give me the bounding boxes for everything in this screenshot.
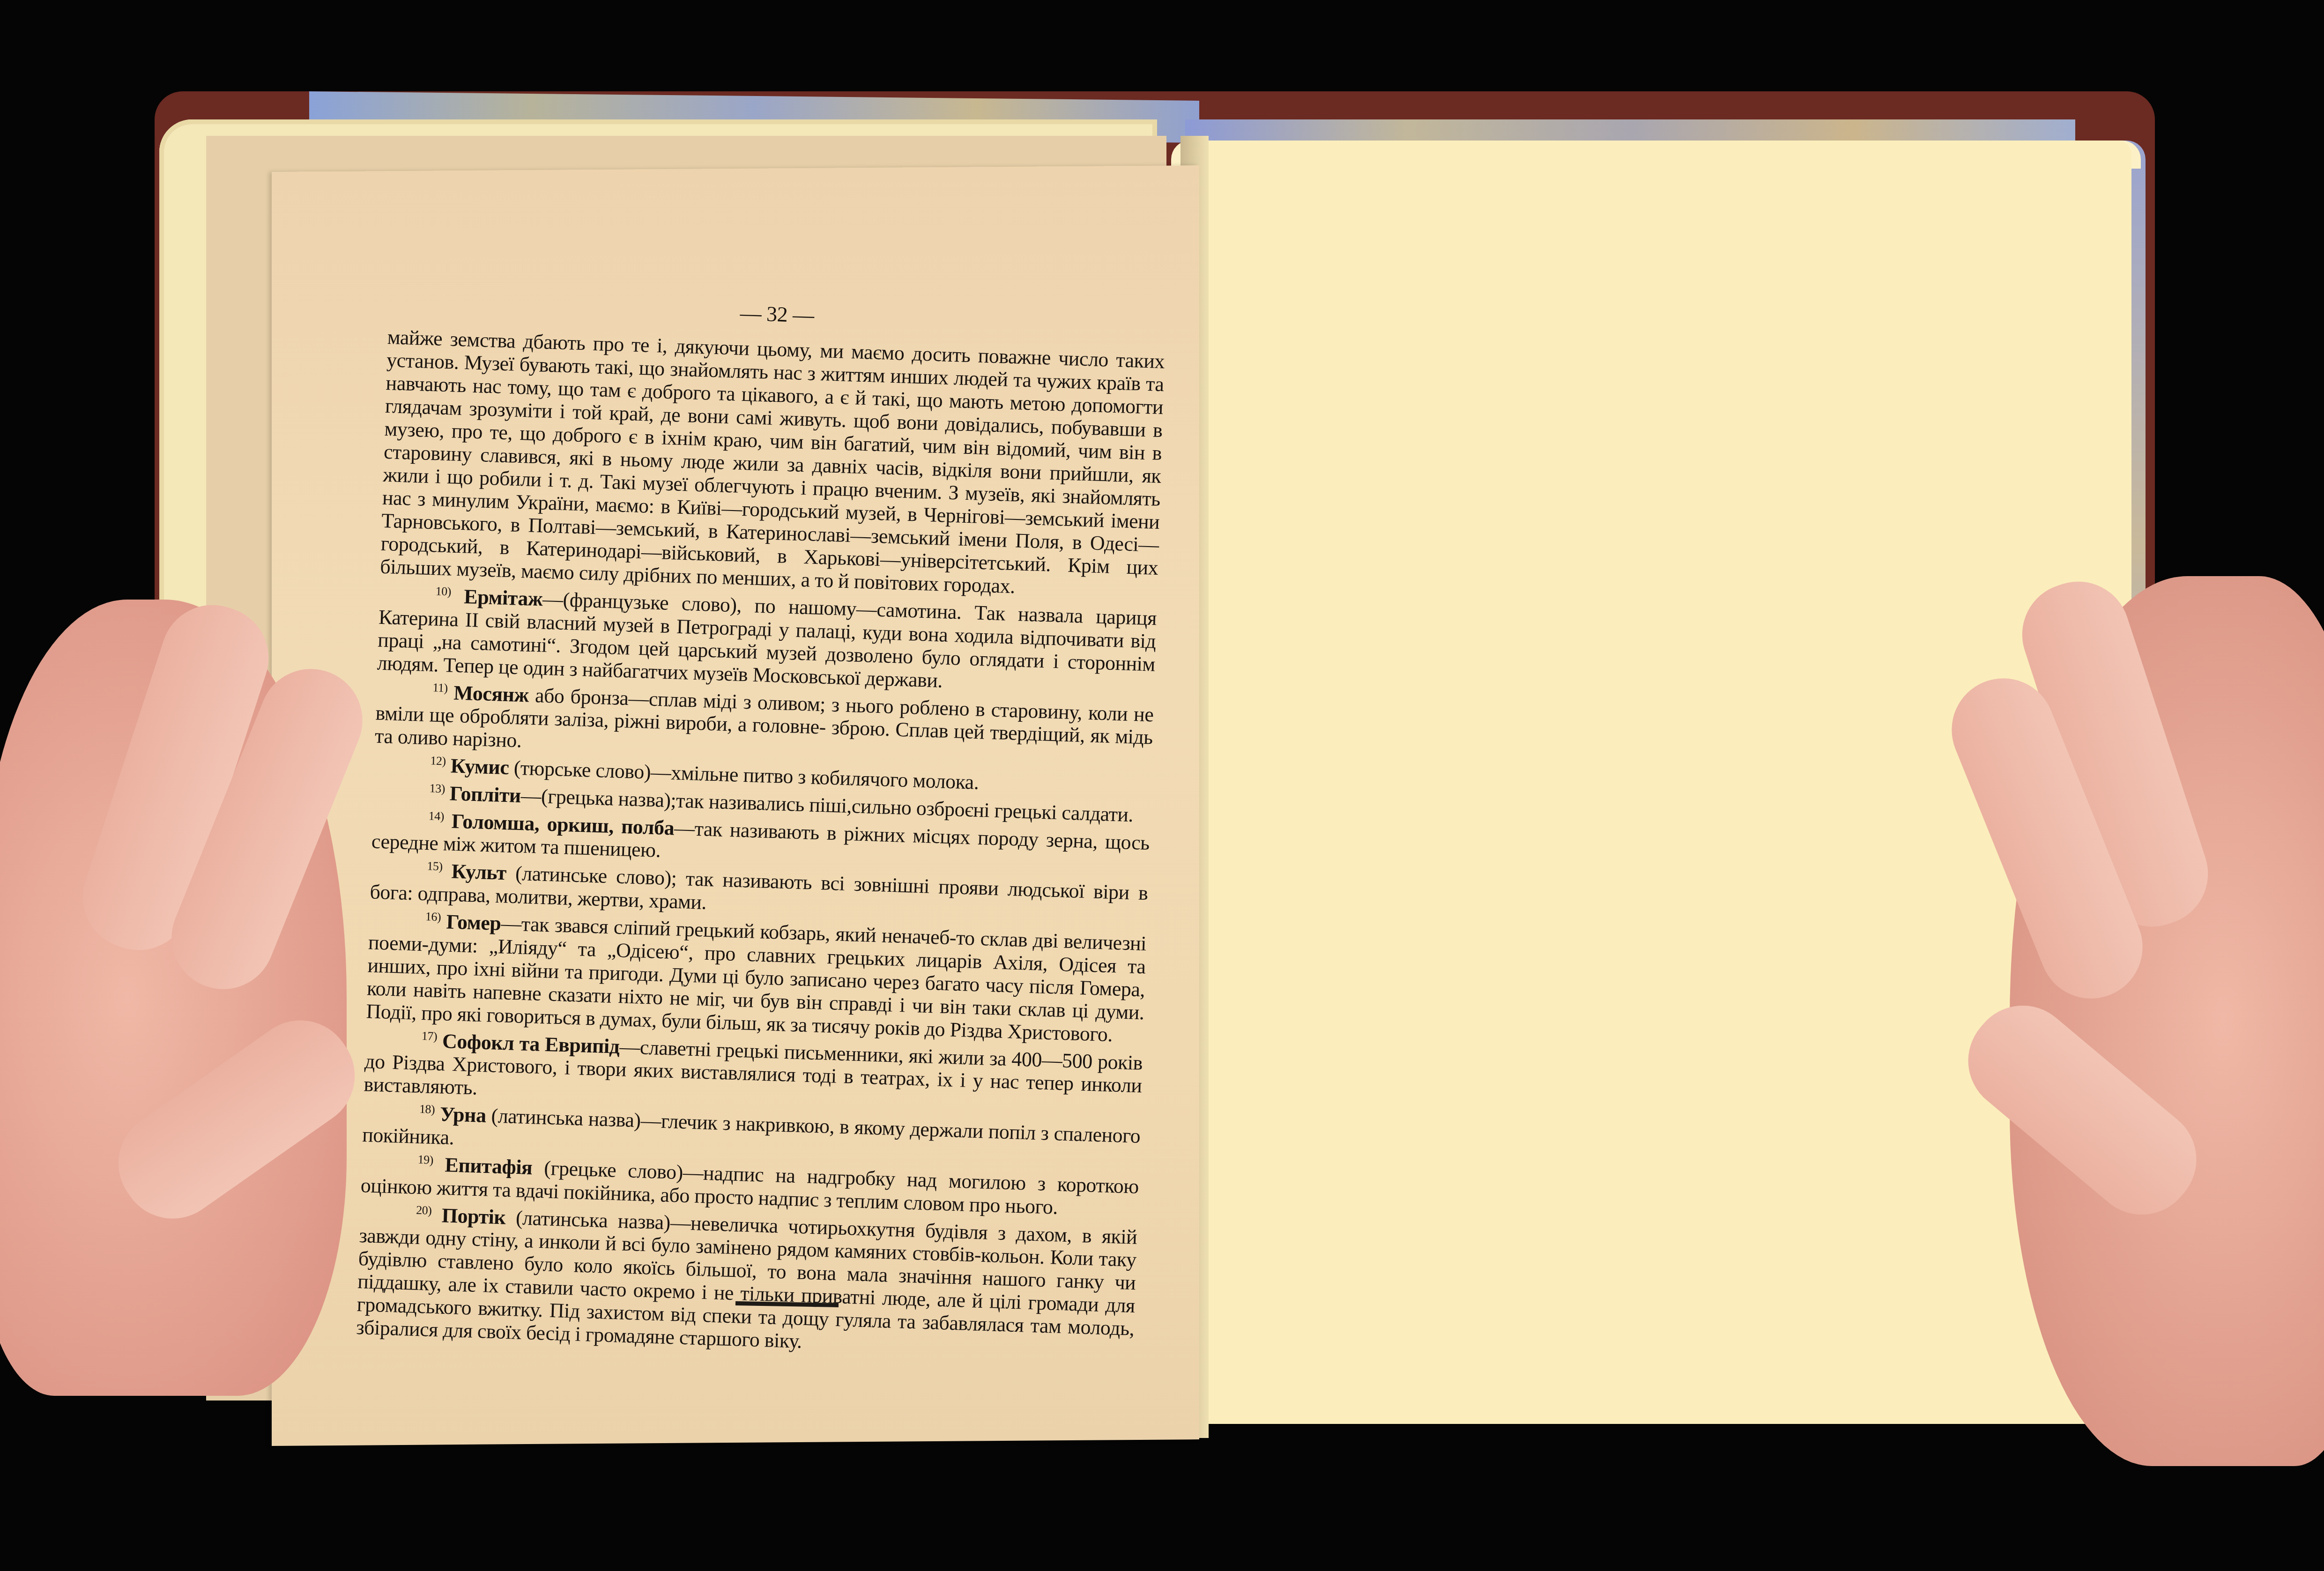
footnote-term: Кумис: [450, 755, 509, 779]
footnote-16: 16) Гомер—так звався сліпий грецький коб…: [366, 903, 1147, 1047]
footnote-number: 17): [422, 1029, 438, 1043]
right-hand: [2010, 576, 2324, 1466]
footnote-number: 13): [429, 781, 445, 795]
footnote-number: 18): [419, 1102, 435, 1116]
footnote-number: 20): [416, 1203, 432, 1217]
footnote-term: Епитафія: [445, 1153, 533, 1179]
footnote-term: Культ: [451, 860, 507, 885]
footnote-term: Гомер: [446, 910, 501, 935]
footnote-term: Мосянж: [453, 681, 529, 706]
footnote-number: 10): [435, 584, 451, 598]
left-hand: [0, 600, 347, 1396]
footnote-text: (латинська назва)—невеличка чотирьохкутн…: [356, 1206, 1137, 1353]
left-thumb: [98, 1000, 375, 1239]
footnote-number: 14): [428, 809, 444, 823]
footnote-number: 12): [430, 754, 446, 768]
footnote-20: 20) Портік (латинська назва)—невеличка ч…: [356, 1197, 1138, 1364]
footnote-number: 19): [417, 1153, 433, 1167]
footnote-number: 15): [427, 859, 443, 873]
footnote-term: Гопліти: [449, 782, 521, 807]
footnote-term: Урна: [439, 1103, 486, 1127]
footnote-term: Портік: [441, 1204, 506, 1229]
photo-background: — 32 — майже земства дбають про те і, дя…: [0, 0, 2324, 1571]
body-paragraph: майже земства дбають про те і, дякуючи ц…: [380, 326, 1165, 602]
footnote-number: 11): [432, 681, 448, 695]
footnote-number: 16): [425, 910, 441, 924]
footnote-term: Ермітаж: [464, 585, 543, 610]
page-text-block: — 32 — майже земства дбають про те і, дя…: [356, 290, 1166, 1363]
